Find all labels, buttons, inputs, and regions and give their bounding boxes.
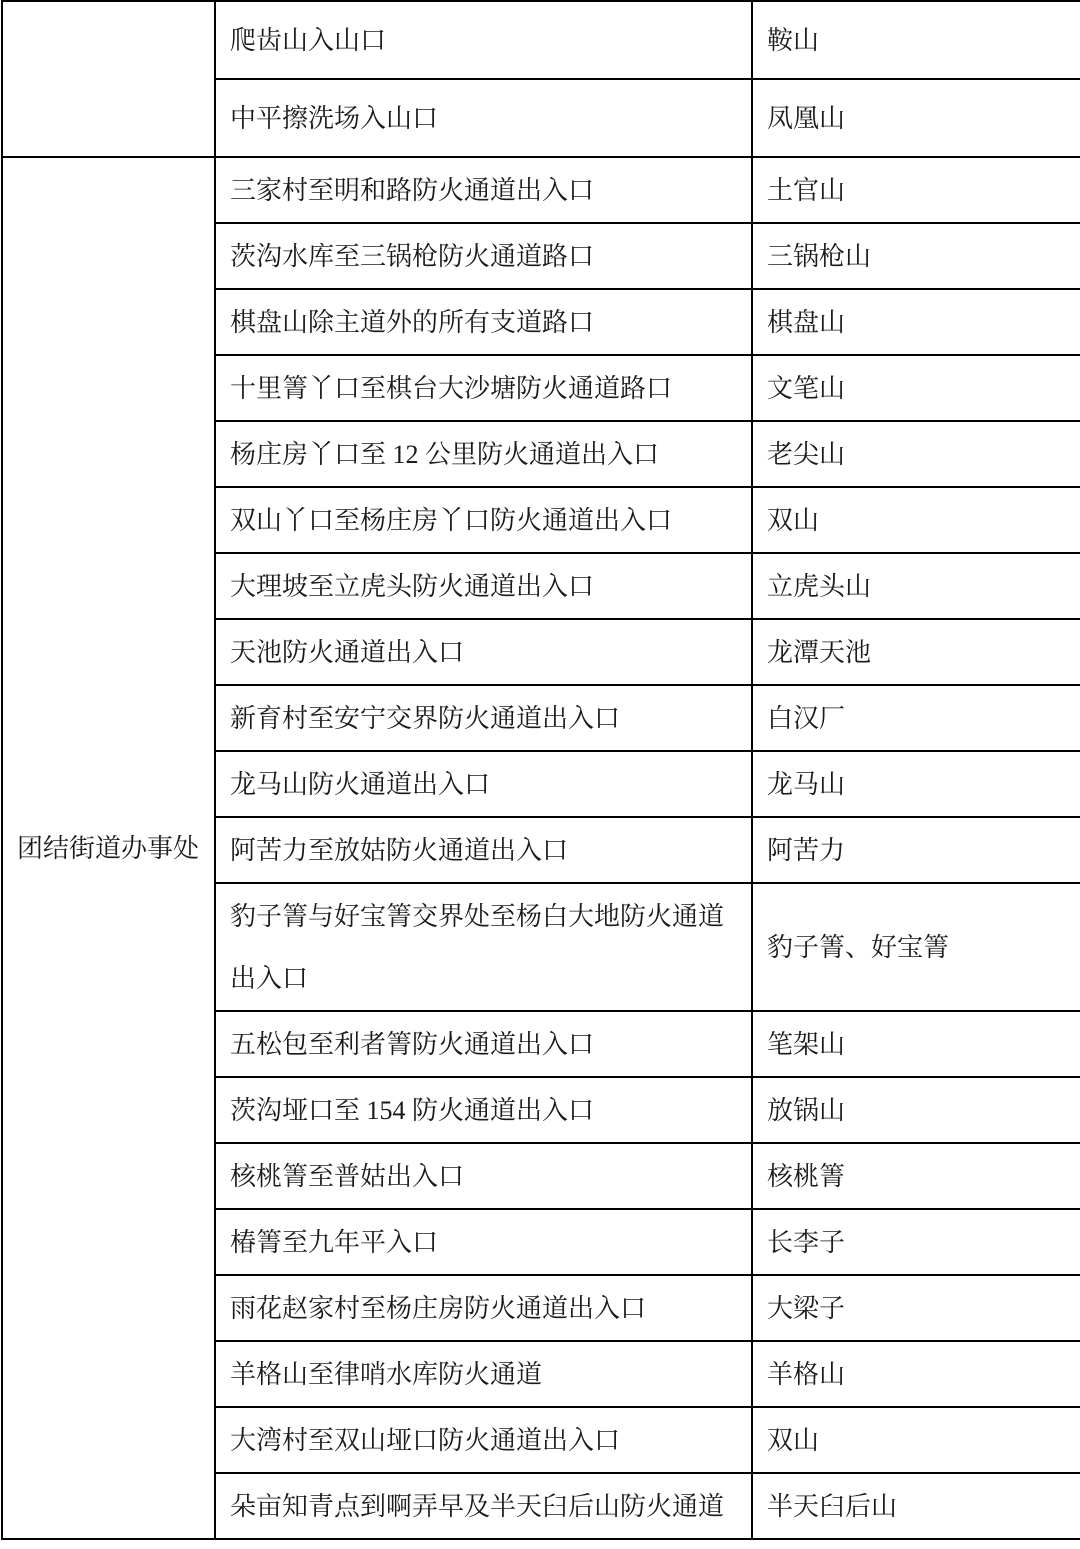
entrance-cell: 双山丫口至杨庄房丫口防火通道出入口	[215, 487, 752, 553]
entrance-cell: 核桃箐至普姑出入口	[215, 1143, 752, 1209]
table-row: 爬齿山入山口鞍山	[2, 1, 1080, 79]
table-body: 爬齿山入山口鞍山中平擦洗场入山口凤凰山团结街道办事处三家村至明和路防火通道出入口…	[2, 1, 1080, 1539]
entrance-cell: 棋盘山除主道外的所有支道路口	[215, 289, 752, 355]
mountain-cell: 双山	[752, 487, 1080, 553]
mountain-cell: 凤凰山	[752, 79, 1080, 157]
entrance-cell: 雨花赵家村至杨庄房防火通道出入口	[215, 1275, 752, 1341]
entrance-cell: 五松包至利者箐防火通道出入口	[215, 1011, 752, 1077]
mountain-cell: 长李子	[752, 1209, 1080, 1275]
office-cell: 团结街道办事处	[2, 157, 215, 1539]
document-page: 爬齿山入山口鞍山中平擦洗场入山口凤凰山团结街道办事处三家村至明和路防火通道出入口…	[0, 0, 1080, 1540]
mountain-cell: 三锅枪山	[752, 223, 1080, 289]
mountain-cell: 大梁子	[752, 1275, 1080, 1341]
mountain-cell: 半天臼后山	[752, 1473, 1080, 1539]
entrance-cell: 羊格山至律哨水库防火通道	[215, 1341, 752, 1407]
mountain-cell: 放锅山	[752, 1077, 1080, 1143]
mountain-cell: 豹子箐、好宝箐	[752, 883, 1080, 1011]
entrance-cell: 天池防火通道出入口	[215, 619, 752, 685]
mountain-cell: 双山	[752, 1407, 1080, 1473]
table-row: 团结街道办事处三家村至明和路防火通道出入口土官山	[2, 157, 1080, 223]
mountain-cell: 白汉厂	[752, 685, 1080, 751]
entrance-cell: 杨庄房丫口至 12 公里防火通道出入口	[215, 421, 752, 487]
entrance-cell: 新育村至安宁交界防火通道出入口	[215, 685, 752, 751]
entrance-cell: 三家村至明和路防火通道出入口	[215, 157, 752, 223]
entrance-cell: 茨沟垭口至 154 防火通道出入口	[215, 1077, 752, 1143]
entrance-cell: 朵亩知青点到啊弄早及半天臼后山防火通道	[215, 1473, 752, 1539]
entrance-cell: 中平擦洗场入山口	[215, 79, 752, 157]
mountain-cell: 文笔山	[752, 355, 1080, 421]
fire-passage-table: 爬齿山入山口鞍山中平擦洗场入山口凤凰山团结街道办事处三家村至明和路防火通道出入口…	[1, 0, 1080, 1540]
entrance-cell: 茨沟水库至三锅枪防火通道路口	[215, 223, 752, 289]
office-cell	[2, 1, 215, 157]
mountain-cell: 棋盘山	[752, 289, 1080, 355]
entrance-cell: 十里箐丫口至棋台大沙塘防火通道路口	[215, 355, 752, 421]
mountain-cell: 老尖山	[752, 421, 1080, 487]
mountain-cell: 核桃箐	[752, 1143, 1080, 1209]
mountain-cell: 鞍山	[752, 1, 1080, 79]
entrance-cell: 大理坡至立虎头防火通道出入口	[215, 553, 752, 619]
entrance-cell: 龙马山防火通道出入口	[215, 751, 752, 817]
entrance-cell: 椿箐至九年平入口	[215, 1209, 752, 1275]
mountain-cell: 阿苦力	[752, 817, 1080, 883]
entrance-cell: 爬齿山入山口	[215, 1, 752, 79]
entrance-cell: 大湾村至双山垭口防火通道出入口	[215, 1407, 752, 1473]
mountain-cell: 羊格山	[752, 1341, 1080, 1407]
mountain-cell: 龙潭天池	[752, 619, 1080, 685]
entrance-cell: 阿苦力至放姑防火通道出入口	[215, 817, 752, 883]
mountain-cell: 立虎头山	[752, 553, 1080, 619]
mountain-cell: 土官山	[752, 157, 1080, 223]
mountain-cell: 龙马山	[752, 751, 1080, 817]
mountain-cell: 笔架山	[752, 1011, 1080, 1077]
entrance-cell: 豹子箐与好宝箐交界处至杨白大地防火通道出入口	[215, 883, 752, 1011]
